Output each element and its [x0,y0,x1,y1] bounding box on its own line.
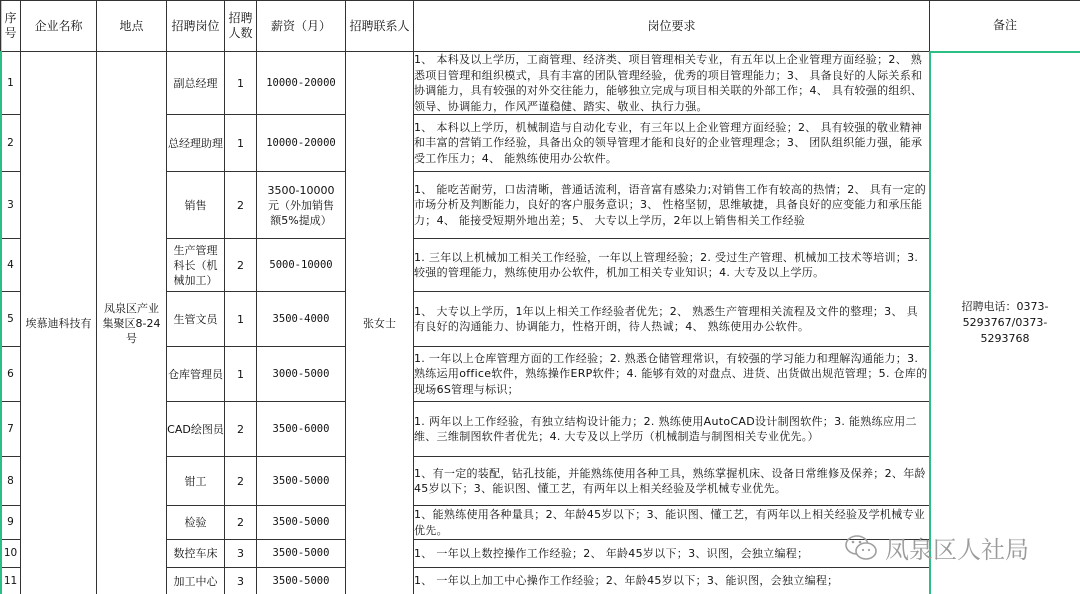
cell-seq[interactable]: 1 [1,52,21,115]
cell-requirements[interactable]: 1、 能吃苦耐劳，口齿清晰，普通话流利，语音富有感染力;对销售工作有较高的热情；… [414,172,930,239]
cell-contact[interactable]: 张女士 [346,52,414,594]
cell-requirements[interactable]: 1、 一年以上数控操作工作经验；2、 年龄45岁以下；3、识图，会独立编程； [414,540,930,568]
cell-requirements[interactable]: 1、 本科以上学历，机械制造与自动化专业，有三年以上企业管理方面经验；2、 具有… [414,115,930,172]
cell-count[interactable]: 2 [225,506,257,540]
header-position: 招聘岗位 [167,1,225,52]
cell-count[interactable]: 1 [225,115,257,172]
cell-seq[interactable]: 3 [1,172,21,239]
header-count: 招聘人数 [225,1,257,52]
cell-position[interactable]: 钳工 [167,457,225,506]
header-company: 企业名称 [21,1,97,52]
cell-salary[interactable]: 3000-5000 [257,347,346,402]
cell-position[interactable]: 仓库管理员 [167,347,225,402]
recruitment-table: 序号 企业名称 地点 招聘岗位 招聘人数 薪资（月） 招聘联系人 岗位要求 备注… [0,0,1080,594]
cell-position[interactable]: 生产管理科长（机械加工） [167,239,225,292]
cell-salary[interactable]: 10000-20000 [257,115,346,172]
cell-requirements[interactable]: 1、 一年以上加工中心操作工作经验；2、年龄45岁以下；3、能识图，会独立编程； [414,568,930,594]
cell-requirements[interactable]: 1. 两年以上工作经验，有独立结构设计能力；2. 熟练使用AutoCAD设计制图… [414,402,930,457]
cell-position[interactable]: 数控车床 [167,540,225,568]
cell-seq[interactable]: 10 [1,540,21,568]
cell-count[interactable]: 3 [225,540,257,568]
cell-salary[interactable]: 3500-5000 [257,540,346,568]
cell-salary[interactable]: 10000-20000 [257,52,346,115]
cell-note[interactable]: 招聘电话：0373-5293767/0373-5293768 [930,52,1080,594]
cell-requirements[interactable]: 1. 三年以上机械加工相关工作经验，一年以上管理经验；2. 受过生产管理、机械加… [414,239,930,292]
cell-position[interactable]: CAD绘图员 [167,402,225,457]
cell-count[interactable]: 1 [225,347,257,402]
cell-position[interactable]: 加工中心 [167,568,225,594]
cell-salary[interactable]: 3500-6000 [257,402,346,457]
cell-count[interactable]: 2 [225,172,257,239]
cell-position[interactable]: 副总经理 [167,52,225,115]
cell-count[interactable]: 2 [225,402,257,457]
cell-position[interactable]: 总经理助理 [167,115,225,172]
cell-salary[interactable]: 3500-5000 [257,506,346,540]
cell-count[interactable]: 3 [225,568,257,594]
cell-position[interactable]: 生管文员 [167,292,225,347]
cell-requirements[interactable]: 1. 一年以上仓库管理方面的工作经验；2. 熟悉仓储管理常识，有较强的学习能力和… [414,347,930,402]
cell-count[interactable]: 2 [225,457,257,506]
cell-salary[interactable]: 5000-10000 [257,239,346,292]
header-note: 备注 [930,1,1080,52]
cell-count[interactable]: 2 [225,239,257,292]
cell-seq[interactable]: 4 [1,239,21,292]
cell-salary[interactable]: 3500-4000 [257,292,346,347]
table-row[interactable]: 1 埃慕迪科技有 凤泉区产业集聚区8-24号 副总经理 1 10000-2000… [1,52,1080,115]
cell-requirements[interactable]: 1、 本科及以上学历，工商管理、经济类、项目管理相关专业，有五年以上企业管理方面… [414,52,930,115]
cell-seq[interactable]: 7 [1,402,21,457]
cell-salary[interactable]: 3500-5000 [257,568,346,594]
header-contact: 招聘联系人 [346,1,414,52]
header-salary: 薪资（月） [257,1,346,52]
cell-requirements[interactable]: 1、 大专以上学历，1年以上相关工作经验者优先；2、 熟悉生产管理相关流程及文件… [414,292,930,347]
header-seq: 序号 [1,1,21,52]
cell-seq[interactable]: 6 [1,347,21,402]
cell-requirements[interactable]: 1、能熟练使用各种量具；2、年龄45岁以下；3、能识图、懂工艺，有两年以上相关经… [414,506,930,540]
cell-requirements[interactable]: 1、有一定的装配，钻孔技能，并能熟练使用各种工具，熟练掌握机床、设备日常维修及保… [414,457,930,506]
cell-company[interactable]: 埃慕迪科技有 [21,52,97,594]
cell-position[interactable]: 检验 [167,506,225,540]
cell-count[interactable]: 1 [225,292,257,347]
header-row: 序号 企业名称 地点 招聘岗位 招聘人数 薪资（月） 招聘联系人 岗位要求 备注 [1,1,1080,52]
cell-seq[interactable]: 11 [1,568,21,594]
cell-seq[interactable]: 5 [1,292,21,347]
header-requirements: 岗位要求 [414,1,930,52]
cell-seq[interactable]: 8 [1,457,21,506]
cell-location[interactable]: 凤泉区产业集聚区8-24号 [97,52,167,594]
cell-salary[interactable]: 3500-10000元（外加销售额5%提成） [257,172,346,239]
cell-position[interactable]: 销售 [167,172,225,239]
cell-seq[interactable]: 9 [1,506,21,540]
row-selection-marker [0,51,2,594]
cell-salary[interactable]: 3500-5000 [257,457,346,506]
cell-seq[interactable]: 2 [1,115,21,172]
header-location: 地点 [97,1,167,52]
cell-count[interactable]: 1 [225,52,257,115]
